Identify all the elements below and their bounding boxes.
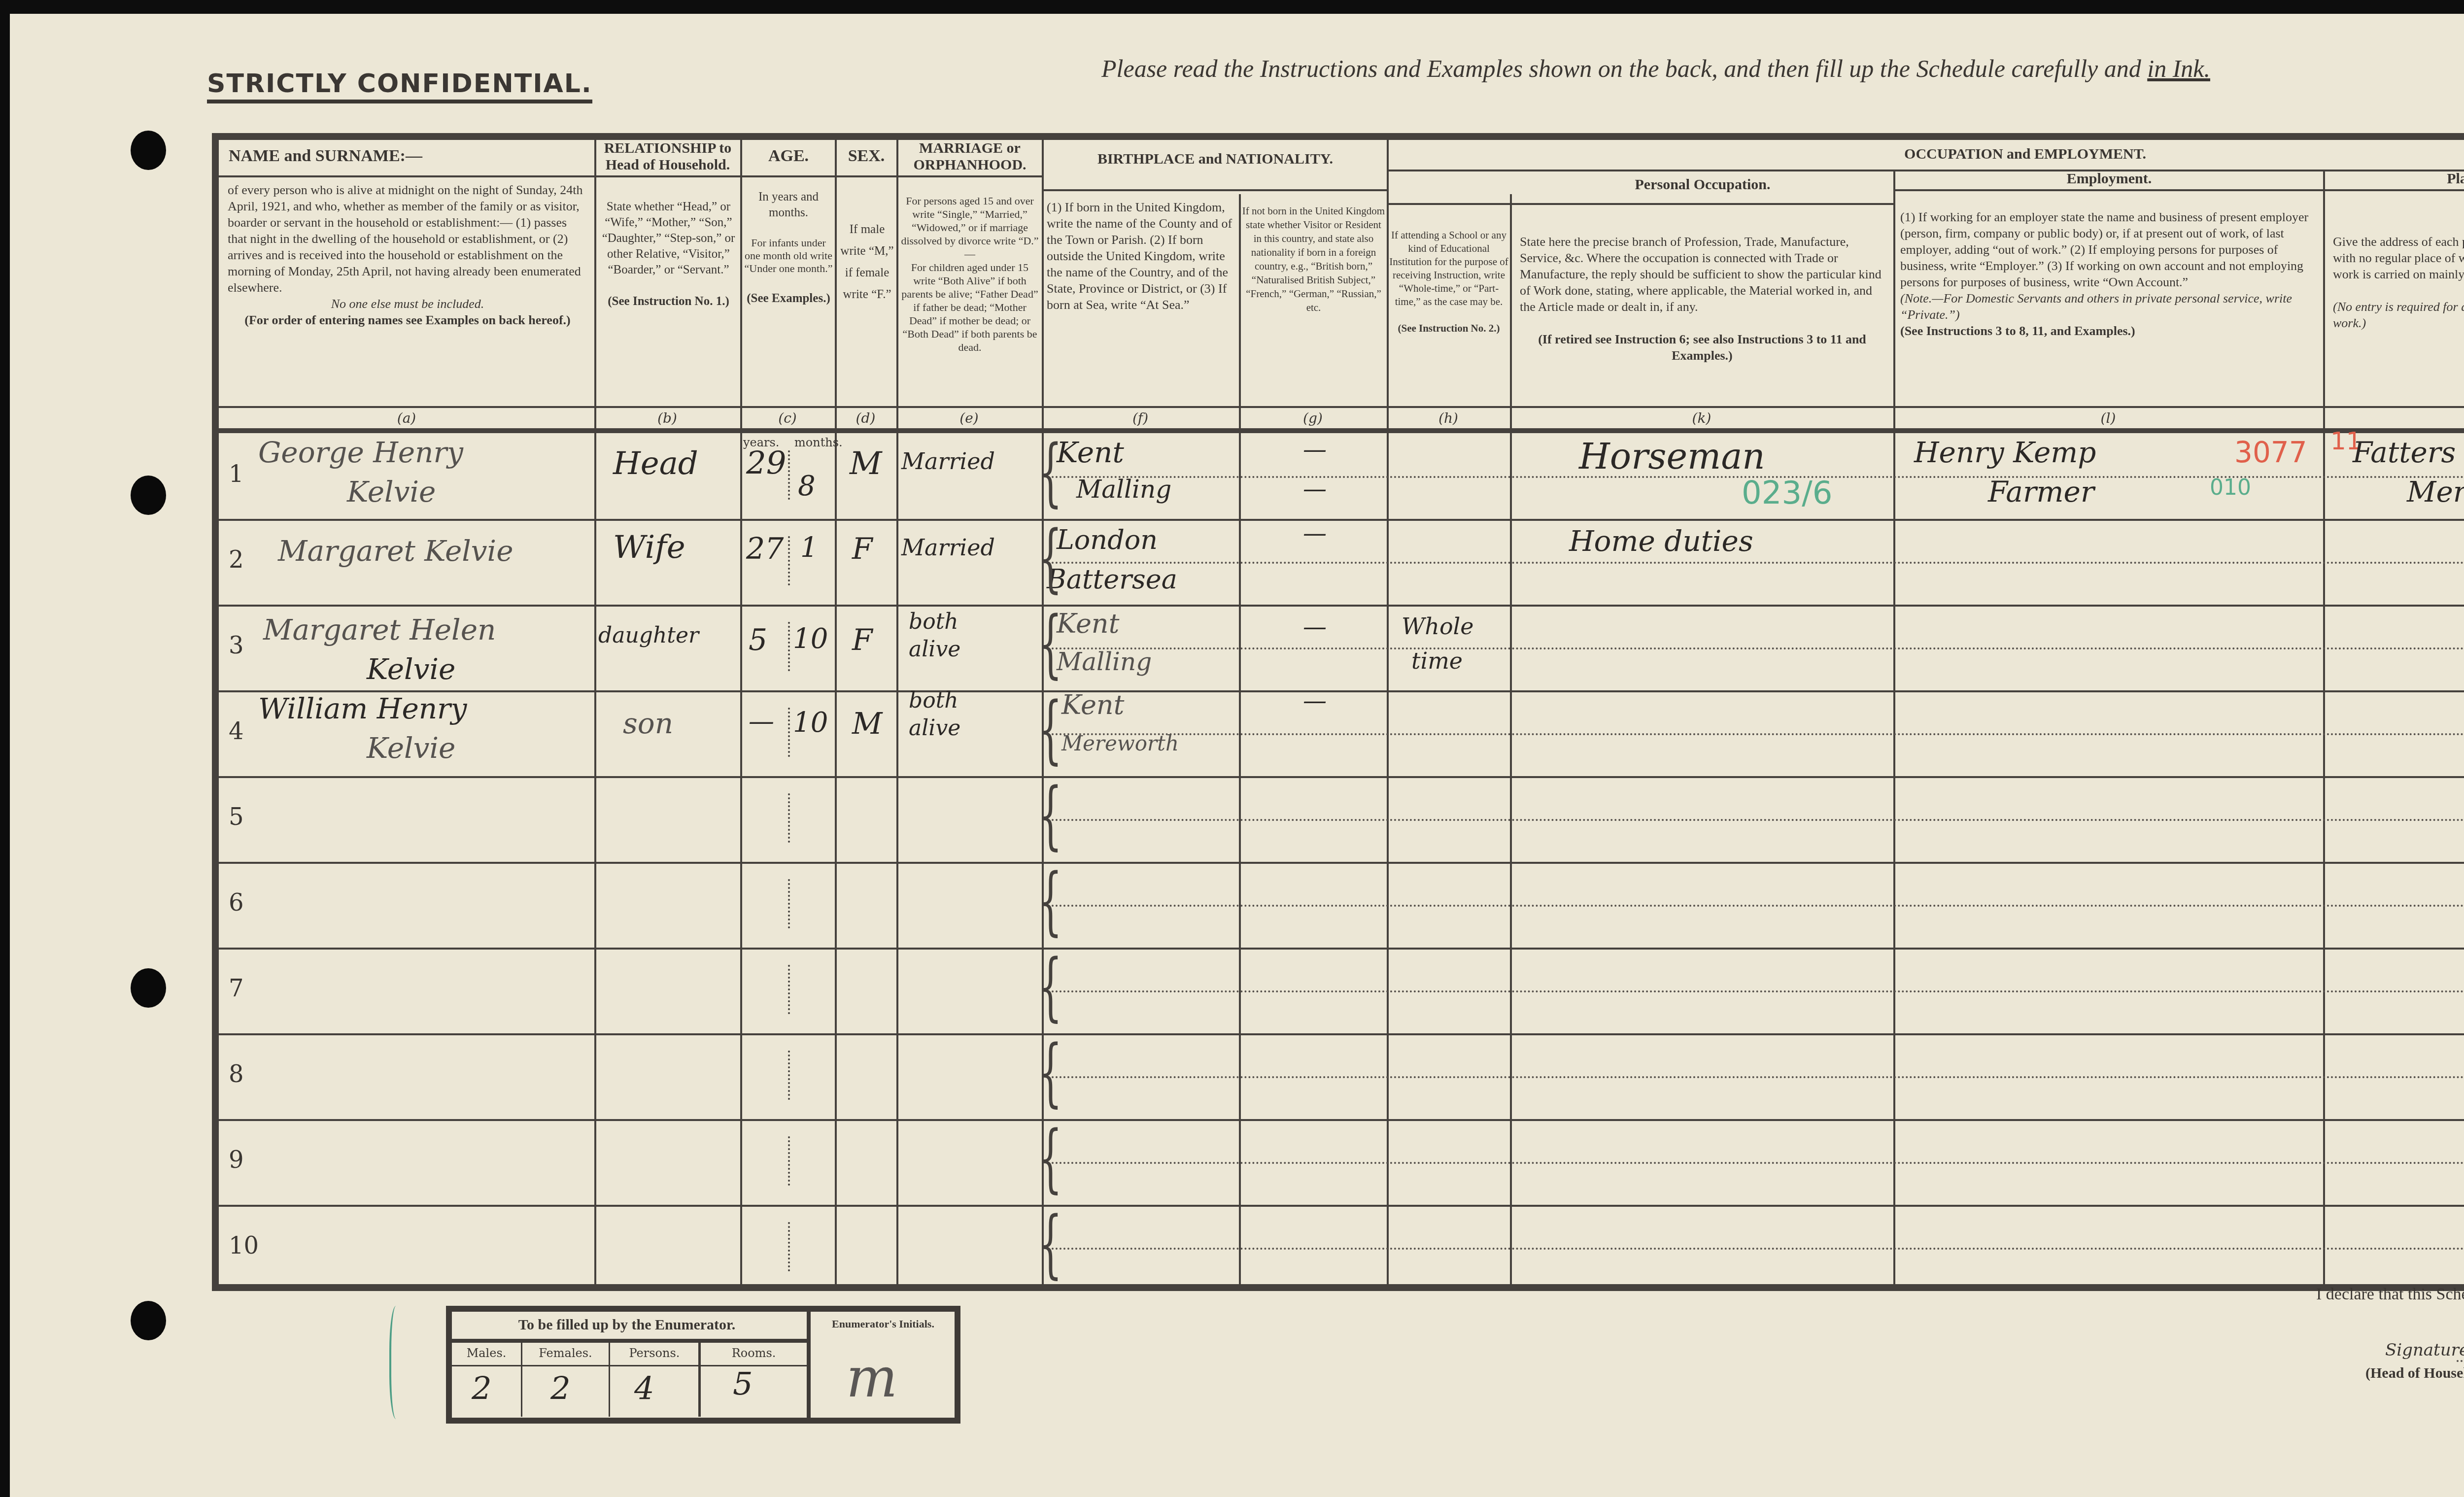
column-letter-g: (g) — [1239, 410, 1387, 426]
females-count: 2 — [550, 1371, 571, 1407]
header-occupation: OCCUPATION and EMPLOYMENT. — [1389, 145, 2464, 164]
row-number: 4 — [229, 717, 244, 745]
person-4-birth-town: Mereworth — [1061, 731, 1179, 755]
person-3-age-years: 5 — [749, 623, 767, 657]
person-2-age-months: 1 — [800, 532, 818, 564]
school-instructions: If attending a School or any kind of Edu… — [1389, 229, 1509, 335]
row-number: 7 — [229, 975, 244, 1002]
person-4-age-months: 10 — [793, 707, 828, 739]
person-4-birth-county: Kent — [1061, 689, 1124, 720]
relationship-instructions: State whether “Head,” or “Wife,” “Mother… — [598, 199, 739, 309]
bracket-icon: { — [1039, 1207, 1062, 1281]
person-1-workplace-parish: Mereworth — [2407, 475, 2464, 509]
column-letter-h: (h) — [1387, 410, 1510, 426]
household-schedule-table: NAME and SURNAME:— RELATIONSHIP to Head … — [212, 133, 2464, 1291]
place-of-work-instructions: Give the address of each person's place … — [2333, 234, 2464, 331]
row-number: 6 — [229, 889, 244, 917]
header-birthplace: BIRTHPLACE and NATIONALITY. — [1044, 150, 1387, 169]
bracket-icon: { — [1039, 1036, 1062, 1110]
header-sex: SEX. — [837, 147, 896, 166]
strictly-confidential-heading: STRICTLY CONFIDENTIAL. — [207, 69, 592, 103]
enumerator-totals-box: To be filled up by the Enumerator. Enume… — [446, 1306, 960, 1424]
rooms-label: Rooms. — [701, 1346, 807, 1360]
column-letter-e: (e) — [896, 410, 1042, 426]
header-age: AGE. — [742, 147, 835, 166]
person-3-forenames: Margaret Helen — [263, 613, 496, 646]
person-1-forenames: George Henry — [258, 436, 463, 469]
green-check-mark — [389, 1306, 406, 1419]
person-3-surname: Kelvie — [367, 652, 455, 686]
person-2-name: Margaret Kelvie — [278, 534, 513, 568]
signature-note: (Head of Household, Manager of Establish… — [2365, 1365, 2464, 1382]
age-instructions: In years and months.For infants under on… — [743, 189, 834, 306]
person-1-employer-business: Farmer — [1988, 475, 2094, 509]
column-letter-c: (c) — [740, 410, 835, 426]
males-count: 2 — [472, 1371, 492, 1407]
person-3-birth-county: Kent — [1057, 608, 1119, 639]
person-1-age-years: 29 — [746, 445, 786, 482]
in-ink-text: in Ink. — [2147, 55, 2210, 82]
females-label: Females. — [522, 1346, 609, 1360]
person-1-surname: Kelvie — [347, 475, 436, 509]
header-relationship: RELATIONSHIP to Head of Household. — [596, 140, 739, 173]
row-number: 8 — [229, 1060, 244, 1088]
persons-label: Persons. — [610, 1346, 699, 1360]
person-3-relationship: daughter — [598, 623, 699, 648]
person-4-relationship: son — [623, 707, 673, 740]
person-2-sex: F — [852, 532, 873, 566]
row-number: 10 — [229, 1232, 259, 1259]
header-employment: Employment. — [1895, 170, 2323, 188]
person-1-employer: Henry Kemp — [1914, 436, 2096, 469]
occupation-instructions: State here the precise branch of Profess… — [1520, 234, 1884, 364]
header-name-surname: NAME and SURNAME:— — [229, 147, 475, 166]
punch-hole — [131, 968, 166, 1008]
age-months-subheading: months. — [794, 436, 843, 449]
person-3-birth-town: Malling — [1057, 647, 1152, 676]
person-1-industry-code: 010 — [2210, 475, 2251, 500]
header-marriage: MARRIAGE or ORPHANHOOD. — [898, 140, 1041, 173]
column-letter-a: (a) — [219, 410, 594, 426]
column-letter-b: (b) — [594, 410, 740, 426]
person-1-workplace: Fatters Farm — [2353, 436, 2464, 469]
column-letter-d: (d) — [835, 410, 896, 426]
enumerator-initials: m — [846, 1346, 897, 1409]
column-letter-m: (m) — [2323, 410, 2464, 426]
person-2-nationality: — — [1303, 519, 1327, 547]
person-2-age-years: 27 — [746, 532, 784, 566]
person-4-nationality: — — [1303, 687, 1327, 714]
person-1-age-months: 8 — [798, 470, 816, 502]
header-personal-occupation: Personal Occupation. — [1512, 175, 1893, 194]
bracket-icon: { — [1039, 950, 1062, 1024]
enumerator-initials-label: Enumerator's Initials. — [814, 1318, 952, 1330]
row-number: 5 — [229, 803, 244, 831]
person-1-occupation: Horseman — [1579, 436, 1765, 477]
bracket-icon: { — [1039, 779, 1062, 852]
person-4-sex: M — [852, 707, 882, 741]
person-3-marriage: both alive — [909, 608, 983, 663]
persons-count: 4 — [634, 1371, 654, 1407]
marriage-instructions: For persons aged 15 and over write “Sing… — [899, 194, 1041, 354]
employment-instructions: (1) If working for an employer state the… — [1900, 209, 2318, 339]
males-label: Males. — [452, 1346, 521, 1360]
header-place-of-work: Place of Work. — [2325, 170, 2464, 188]
person-1-sex: M — [850, 445, 882, 482]
signature-label: Signature — [2385, 1340, 2464, 1360]
person-2-marriage: Married — [901, 534, 995, 561]
person-2-occupation: Home duties — [1569, 524, 1753, 558]
person-4-surname: Kelvie — [367, 731, 455, 765]
person-1-birth-county: Kent — [1057, 436, 1124, 469]
person-4-forenames: William Henry — [258, 692, 467, 725]
bracket-icon: { — [1039, 1122, 1062, 1195]
nationality-instructions: If not born in the United Kingdom state … — [1241, 204, 1386, 314]
column-letter-f: (f) — [1042, 410, 1239, 426]
person-2-birth-town: Battersea — [1047, 564, 1177, 595]
person-3-nationality: — — [1303, 613, 1327, 641]
bracket-icon: { — [1039, 693, 1062, 767]
person-1-nationality: — — [1303, 436, 1327, 463]
person-4-age-years: — — [749, 707, 774, 736]
declaration-text: I declare that this Schedule is correctl… — [2316, 1285, 2464, 1304]
rooms-count: 5 — [733, 1366, 753, 1402]
birthplace-instructions: (1) If born in the United Kingdom, write… — [1047, 199, 1236, 313]
signature-line — [2457, 1360, 2464, 1362]
punch-hole — [131, 1301, 166, 1340]
person-1-relationship: Head — [613, 445, 698, 482]
row-number: 3 — [229, 632, 244, 659]
bracket-icon: { — [1039, 607, 1062, 681]
person-1-marriage: Married — [901, 448, 995, 475]
column-letter-l: (l) — [1893, 410, 2323, 426]
instruction-text: Please read the Instructions and Example… — [1101, 55, 2147, 82]
row-number: 1 — [229, 460, 244, 488]
person-4-marriage: both alive — [909, 687, 983, 742]
person-3-sex: F — [852, 623, 873, 657]
sex-instructions: If male write “M,” if female write “F.” — [839, 219, 895, 306]
person-3-school-2: time — [1411, 647, 1463, 674]
person-1-nationality-2: — — [1303, 475, 1327, 503]
person-3-age-months: 10 — [793, 623, 828, 655]
bracket-icon: { — [1039, 521, 1062, 595]
person-3-school: Whole — [1402, 613, 1474, 640]
person-1-occupation-code: 023/6 — [1742, 475, 1832, 511]
person-1-employer-code: 3077 — [2234, 436, 2307, 469]
person-1-birth-town: Malling — [1076, 475, 1171, 504]
column-letter-k: (k) — [1510, 410, 1893, 426]
row-number: 9 — [229, 1146, 244, 1174]
person-2-relationship: Wife — [613, 529, 685, 566]
enumerator-box-title: To be filled up by the Enumerator. — [452, 1317, 802, 1333]
punch-hole — [131, 131, 166, 170]
instruction-banner: Please read the Instructions and Example… — [1101, 54, 2210, 83]
punch-hole — [131, 476, 166, 515]
bracket-icon: { — [1039, 864, 1062, 938]
row-number: 2 — [229, 546, 244, 574]
person-2-birth-county: London — [1057, 524, 1158, 555]
bracket-icon: { — [1039, 436, 1062, 510]
name-instructions: of every person who is alive at midnight… — [228, 182, 587, 328]
